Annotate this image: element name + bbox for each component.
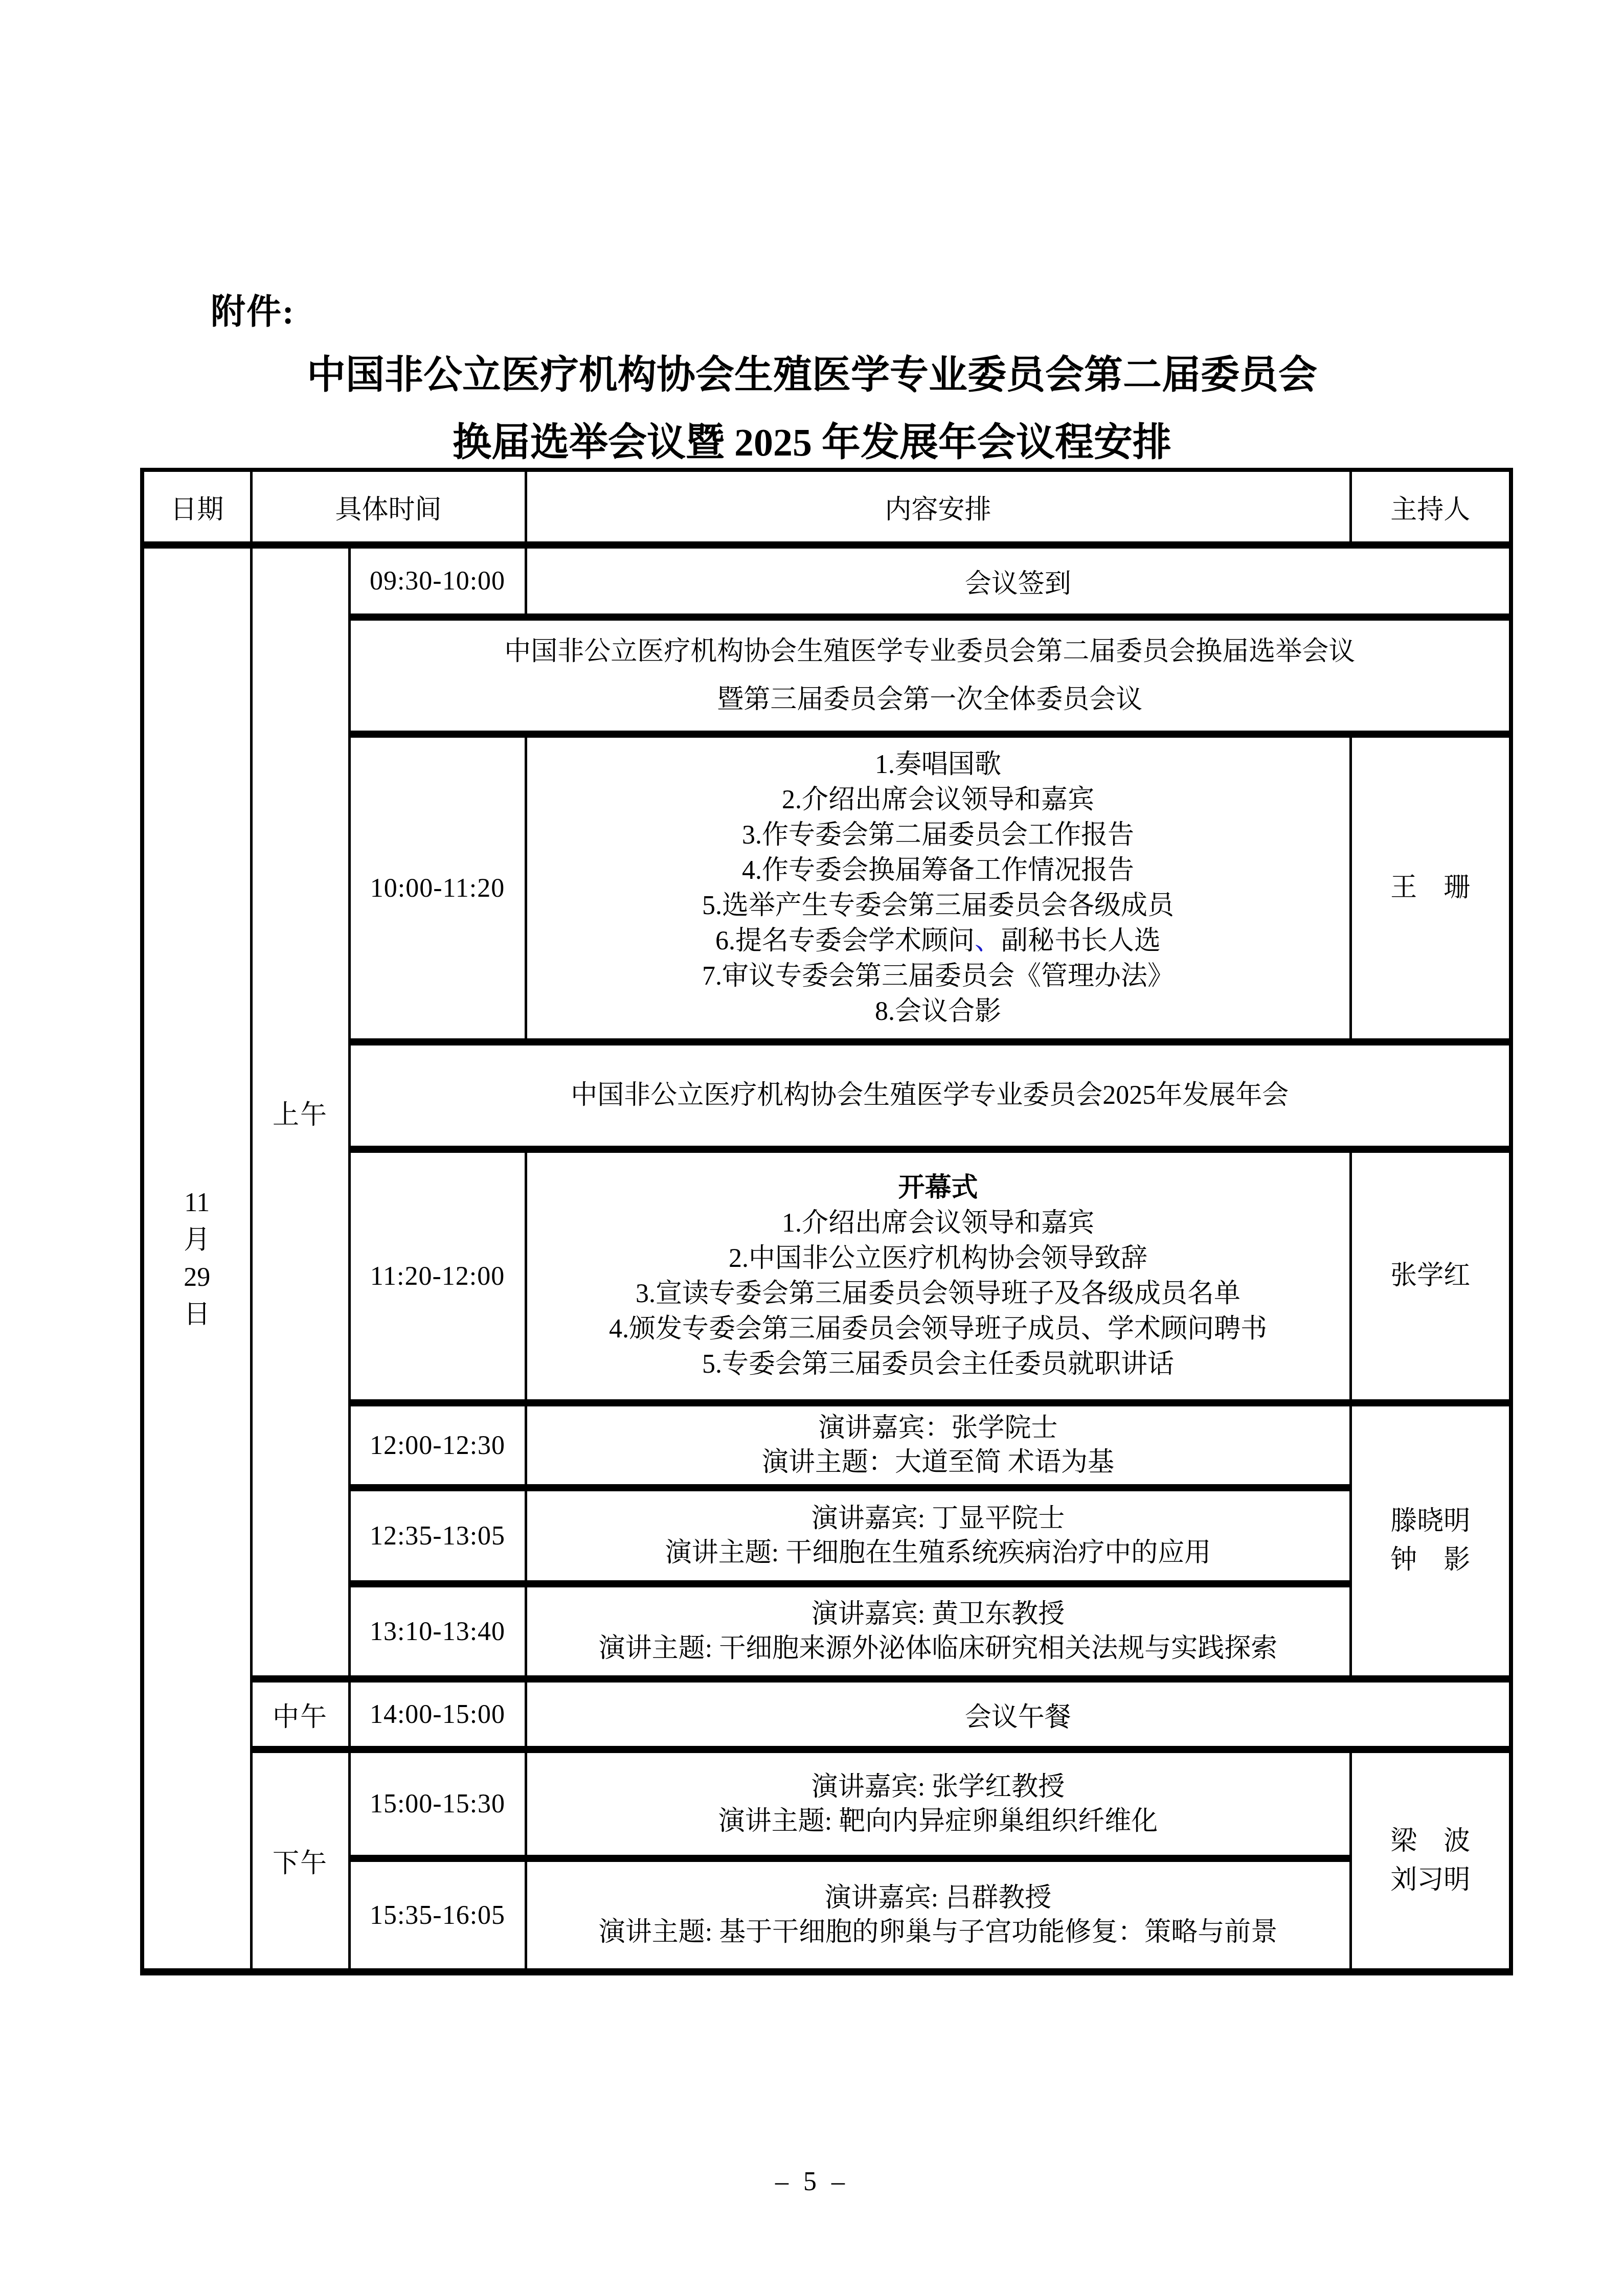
election-title-line1: 中国非公立医疗机构协会生殖医学专业委员会第二届委员会换届选举会议 bbox=[351, 628, 1509, 676]
content-talk4: 演讲嘉宾: 张学红教授 演讲主题: 靶向内异症卵巢组织纤维化 bbox=[526, 1749, 1350, 1858]
host-afternoon-talks: 梁 波 刘习明 bbox=[1350, 1749, 1511, 1972]
talk-guest: 演讲嘉宾: 张学红教授 bbox=[527, 1770, 1349, 1804]
opening-heading: 开幕式 bbox=[527, 1170, 1349, 1206]
time-lunch: 14:00-15:00 bbox=[349, 1679, 526, 1749]
document-page: 附件: 中国非公立医疗机构协会生殖医学专业委员会第二届委员会 换届选举会议暨 2… bbox=[0, 0, 1624, 2296]
talk-guest: 演讲嘉宾: 吕群教授 bbox=[527, 1881, 1349, 1915]
agenda-item: 6.提名专委会学术顾问、副秘书长人选 bbox=[527, 923, 1349, 959]
content-talk2: 演讲嘉宾: 丁显平院士 演讲主题: 干细胞在生殖系统疾病治疗中的应用 bbox=[526, 1488, 1350, 1584]
host-name: 梁 波 bbox=[1352, 1822, 1509, 1861]
content-election: 1.奏唱国歌 2.介绍出席会议领导和嘉宾 3.作专委会第二届委员会工作报告 4.… bbox=[526, 734, 1350, 1042]
agenda-item: 4.作专委会换届筹备工作情况报告 bbox=[527, 853, 1349, 888]
agenda-item: 5.专委会第三届委员会主任委员就职讲话 bbox=[527, 1347, 1349, 1382]
document-title-line2: 换届选举会议暨 2025 年发展年会议程安排 bbox=[0, 409, 1624, 476]
header-date: 日期 bbox=[142, 470, 251, 545]
host-opening: 张学红 bbox=[1350, 1149, 1511, 1403]
row-lunch: 中午 14:00-15:00 会议午餐 bbox=[142, 1679, 1511, 1749]
agenda-item: 4.颁发专委会第三届委员会领导班子成员、学术顾问聘书 bbox=[527, 1311, 1349, 1347]
date-line: 11 bbox=[144, 1184, 250, 1221]
agenda-item: 7.审议专委会第三届委员会《管理办法》 bbox=[527, 959, 1349, 994]
content-lunch: 会议午餐 bbox=[526, 1679, 1511, 1749]
host-election: 王 珊 bbox=[1350, 734, 1511, 1042]
content-signin: 会议签到 bbox=[526, 545, 1511, 617]
annual-meeting-title: 中国非公立医疗机构协会生殖医学专业委员会2025年发展年会 bbox=[349, 1042, 1511, 1149]
host-name: 滕晓明 bbox=[1352, 1502, 1509, 1541]
talk-guest: 演讲嘉宾: 丁显平院士 bbox=[527, 1502, 1349, 1536]
agenda-item: 8.会议合影 bbox=[527, 994, 1349, 1029]
election-title-line2: 暨第三届委员会第一次全体委员会议 bbox=[351, 676, 1509, 724]
time-election: 10:00-11:20 bbox=[349, 734, 526, 1042]
document-title: 中国非公立医疗机构协会生殖医学专业委员会第二届委员会 换届选举会议暨 2025 … bbox=[0, 342, 1624, 476]
header-time: 具体时间 bbox=[251, 470, 526, 545]
table-header-row: 日期 具体时间 内容安排 主持人 bbox=[142, 470, 1511, 545]
agenda-item-text: 副秘书长人选 bbox=[1001, 926, 1161, 956]
page-number: – 5 – bbox=[0, 2167, 1624, 2197]
talk-topic: 演讲主题: 干细胞来源外泌体临床研究相关法规与实践探索 bbox=[527, 1631, 1349, 1666]
date-cell: 11 月 29 日 bbox=[142, 545, 251, 1972]
agenda-item-text: 6.提名专委会学术顾问 bbox=[715, 926, 975, 956]
row-talk4: 下午 15:00-15:30 演讲嘉宾: 张学红教授 演讲主题: 靶向内异症卵巢… bbox=[142, 1749, 1511, 1858]
agenda-item: 3.作专委会第二届委员会工作报告 bbox=[527, 817, 1349, 853]
agenda-item: 2.中国非公立医疗机构协会领导致辞 bbox=[527, 1241, 1349, 1276]
time-talk4: 15:00-15:30 bbox=[349, 1749, 526, 1858]
time-talk1: 12:00-12:30 bbox=[349, 1403, 526, 1488]
agenda-item: 5.选举产生专委会第三届委员会各级成员 bbox=[527, 888, 1349, 923]
host-name: 刘习明 bbox=[1352, 1861, 1509, 1900]
time-talk2: 12:35-13:05 bbox=[349, 1488, 526, 1584]
content-talk3: 演讲嘉宾: 黄卫东教授 演讲主题: 干细胞来源外泌体临床研究相关法规与实践探索 bbox=[526, 1584, 1350, 1679]
header-content: 内容安排 bbox=[526, 470, 1350, 545]
time-signin: 09:30-10:00 bbox=[349, 545, 526, 617]
host-name: 钟 影 bbox=[1352, 1541, 1509, 1580]
talk-topic: 演讲主题: 干细胞在生殖系统疾病治疗中的应用 bbox=[527, 1536, 1349, 1570]
time-opening: 11:20-12:00 bbox=[349, 1149, 526, 1403]
period-morning: 上午 bbox=[251, 545, 349, 1679]
host-midday-talks: 滕晓明 钟 影 bbox=[1350, 1403, 1511, 1679]
talk-topic: 演讲主题: 基于干细胞的卵巢与子宫功能修复：策略与前景 bbox=[527, 1915, 1349, 1949]
agenda-table: 日期 具体时间 内容安排 主持人 11 月 29 日 上午 09:30-10:0… bbox=[140, 468, 1513, 1975]
time-talk3: 13:10-13:40 bbox=[349, 1584, 526, 1679]
blue-comma: 、 bbox=[975, 926, 1001, 956]
date-line: 29 bbox=[144, 1259, 250, 1296]
document-title-line1: 中国非公立医疗机构协会生殖医学专业委员会第二届委员会 bbox=[0, 342, 1624, 409]
time-talk5: 15:35-16:05 bbox=[349, 1858, 526, 1972]
period-afternoon: 下午 bbox=[251, 1749, 349, 1972]
talk-guest: 演讲嘉宾：张学院士 bbox=[527, 1411, 1349, 1445]
agenda-item: 1.介绍出席会议领导和嘉宾 bbox=[527, 1206, 1349, 1241]
header-host: 主持人 bbox=[1350, 470, 1511, 545]
agenda-item: 2.介绍出席会议领导和嘉宾 bbox=[527, 782, 1349, 817]
content-talk5: 演讲嘉宾: 吕群教授 演讲主题: 基于干细胞的卵巢与子宫功能修复：策略与前景 bbox=[526, 1858, 1350, 1972]
date-line: 月 bbox=[144, 1221, 250, 1259]
row-signin: 11 月 29 日 上午 09:30-10:00 会议签到 bbox=[142, 545, 1511, 617]
attachment-label: 附件: bbox=[211, 284, 295, 334]
talk-guest: 演讲嘉宾: 黄卫东教授 bbox=[527, 1597, 1349, 1631]
talk-topic: 演讲主题：大道至简 术语为基 bbox=[527, 1445, 1349, 1480]
content-talk1: 演讲嘉宾：张学院士 演讲主题：大道至简 术语为基 bbox=[526, 1403, 1350, 1488]
talk-topic: 演讲主题: 靶向内异症卵巢组织纤维化 bbox=[527, 1804, 1349, 1838]
election-session-title: 中国非公立医疗机构协会生殖医学专业委员会第二届委员会换届选举会议 暨第三届委员会… bbox=[349, 617, 1511, 734]
agenda-item: 1.奏唱国歌 bbox=[527, 747, 1349, 782]
period-noon: 中午 bbox=[251, 1679, 349, 1749]
date-line: 日 bbox=[144, 1296, 250, 1333]
content-opening: 开幕式 1.介绍出席会议领导和嘉宾 2.中国非公立医疗机构协会领导致辞 3.宣读… bbox=[526, 1149, 1350, 1403]
agenda-item: 3.宣读专委会第三届委员会领导班子及各级成员名单 bbox=[527, 1276, 1349, 1311]
